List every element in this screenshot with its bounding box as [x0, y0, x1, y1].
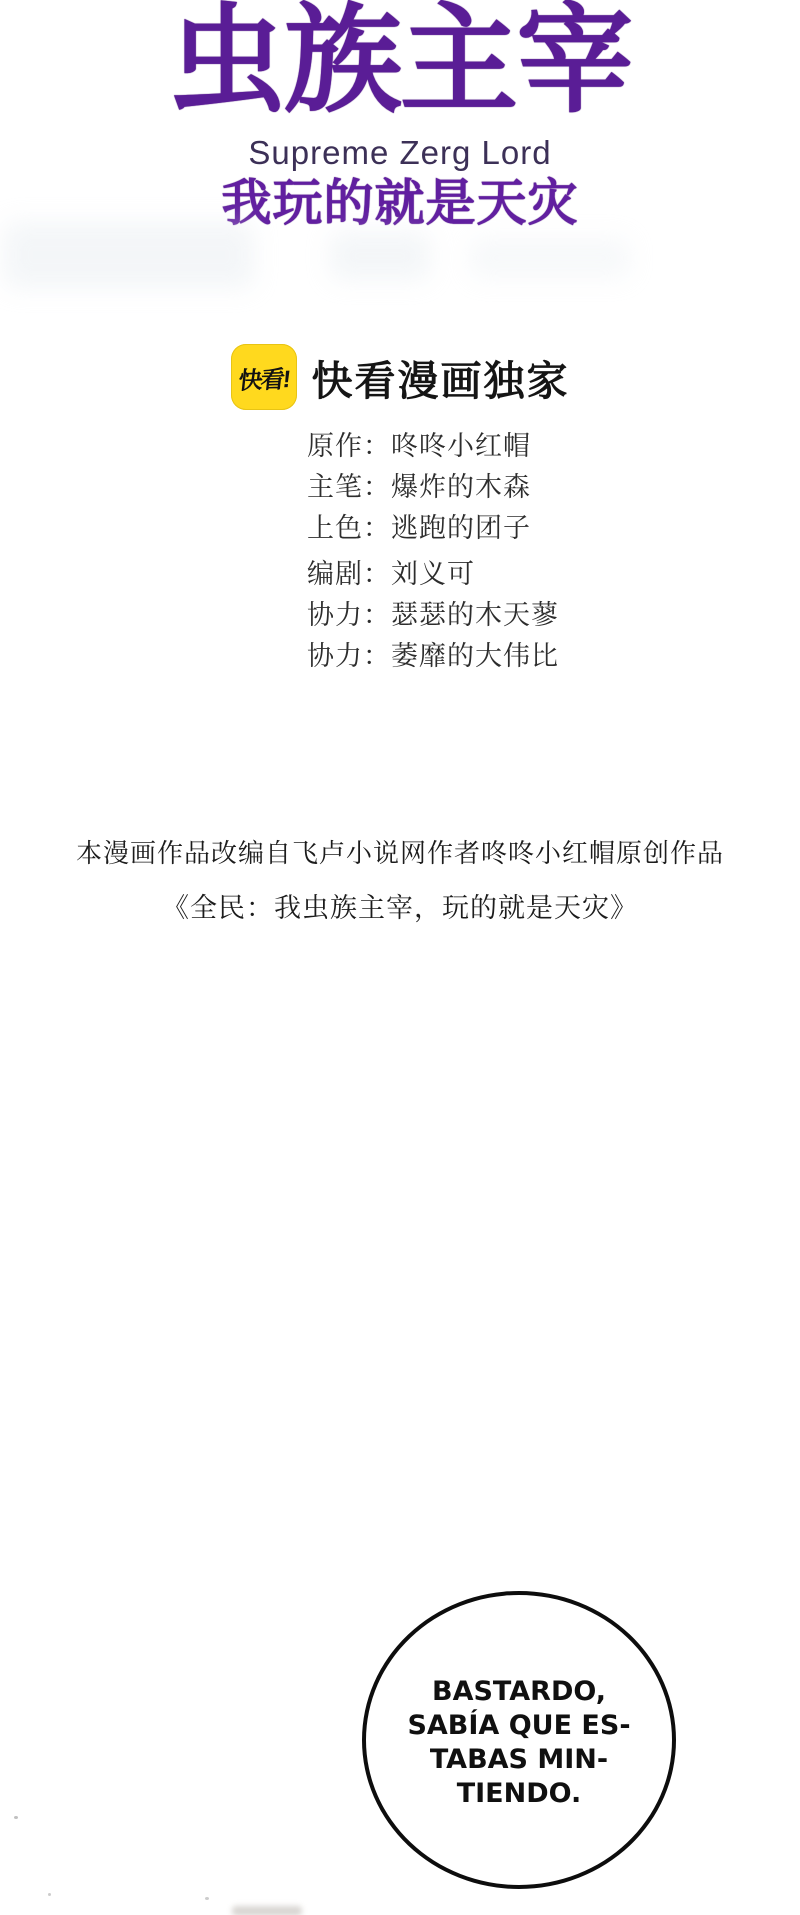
speech-bubble: BASTARDO, SABÍA QUE ES- TABAS MIN- TIEND…	[362, 1591, 676, 1889]
watermark-smudge	[330, 232, 430, 280]
credit-row-assistant-1: 协力：瑟瑟的木天蓼	[307, 602, 559, 629]
comic-title-page: 虫族主宰 Supreme Zerg Lord 我玩的就是天灾 快看! 快看漫画独…	[0, 0, 800, 1915]
watermark-smudge	[470, 238, 630, 278]
credit-value: 萎靡的大伟比	[391, 641, 559, 671]
publisher-banner: 快看! 快看漫画独家	[0, 344, 800, 410]
ink-speck	[48, 1893, 51, 1896]
credit-row-lead-artist: 主笔：爆炸的木森	[307, 474, 559, 501]
credit-label: 上色：	[307, 513, 391, 543]
subtitle-english: Supreme Zerg Lord	[0, 134, 800, 172]
credit-label: 主笔：	[307, 472, 391, 502]
kuaikan-logo-text: 快看!	[237, 359, 291, 396]
bubble-line: TABAS MIN-	[407, 1743, 630, 1777]
publisher-heading: 快看漫画独家	[312, 348, 570, 407]
credit-value: 逃跑的团子	[391, 513, 531, 543]
credit-label: 协力：	[307, 600, 391, 630]
credit-label: 协力：	[307, 641, 391, 671]
credit-row-colorist: 上色：逃跑的团子	[307, 515, 559, 542]
credit-row-assistant-2: 协力：萎靡的大伟比	[307, 643, 559, 670]
speech-bubble-text: BASTARDO, SABÍA QUE ES- TABAS MIN- TIEND…	[407, 1675, 630, 1811]
ink-speck	[205, 1897, 209, 1900]
bubble-line: BASTARDO,	[407, 1675, 630, 1709]
bubble-line: TIENDO.	[407, 1777, 630, 1811]
bottom-edge-smudge	[232, 1906, 302, 1915]
credit-row-original-author: 原作：咚咚小红帽	[307, 433, 559, 460]
credits-list: 原作：咚咚小红帽 主笔：爆炸的木森 上色：逃跑的团子 编剧：刘义可 协力：瑟瑟的…	[307, 433, 559, 684]
adaptation-disclaimer: 本漫画作品改编自飞卢小说网作者咚咚小红帽原创作品 《全民：我虫族主宰，玩的就是天…	[0, 838, 800, 924]
credit-label: 编剧：	[307, 559, 391, 589]
watermark-smudge	[4, 222, 254, 288]
disclaimer-line-1: 本漫画作品改编自飞卢小说网作者咚咚小红帽原创作品	[0, 838, 800, 868]
credit-value: 瑟瑟的木天蓼	[391, 600, 559, 630]
kuaikan-logo-icon: 快看!	[231, 344, 297, 410]
ink-speck	[14, 1816, 18, 1819]
credit-row-screenwriter: 编剧：刘义可	[307, 561, 559, 588]
credit-value: 爆炸的木森	[391, 472, 531, 502]
bubble-line: SABÍA QUE ES-	[407, 1709, 630, 1743]
credit-value: 咚咚小红帽	[391, 431, 531, 461]
disclaimer-source-title: 《全民：我虫族主宰，玩的就是天灾》	[0, 892, 800, 924]
credit-value: 刘义可	[391, 559, 475, 589]
credit-label: 原作：	[307, 431, 391, 461]
main-title: 虫族主宰	[0, 0, 800, 136]
